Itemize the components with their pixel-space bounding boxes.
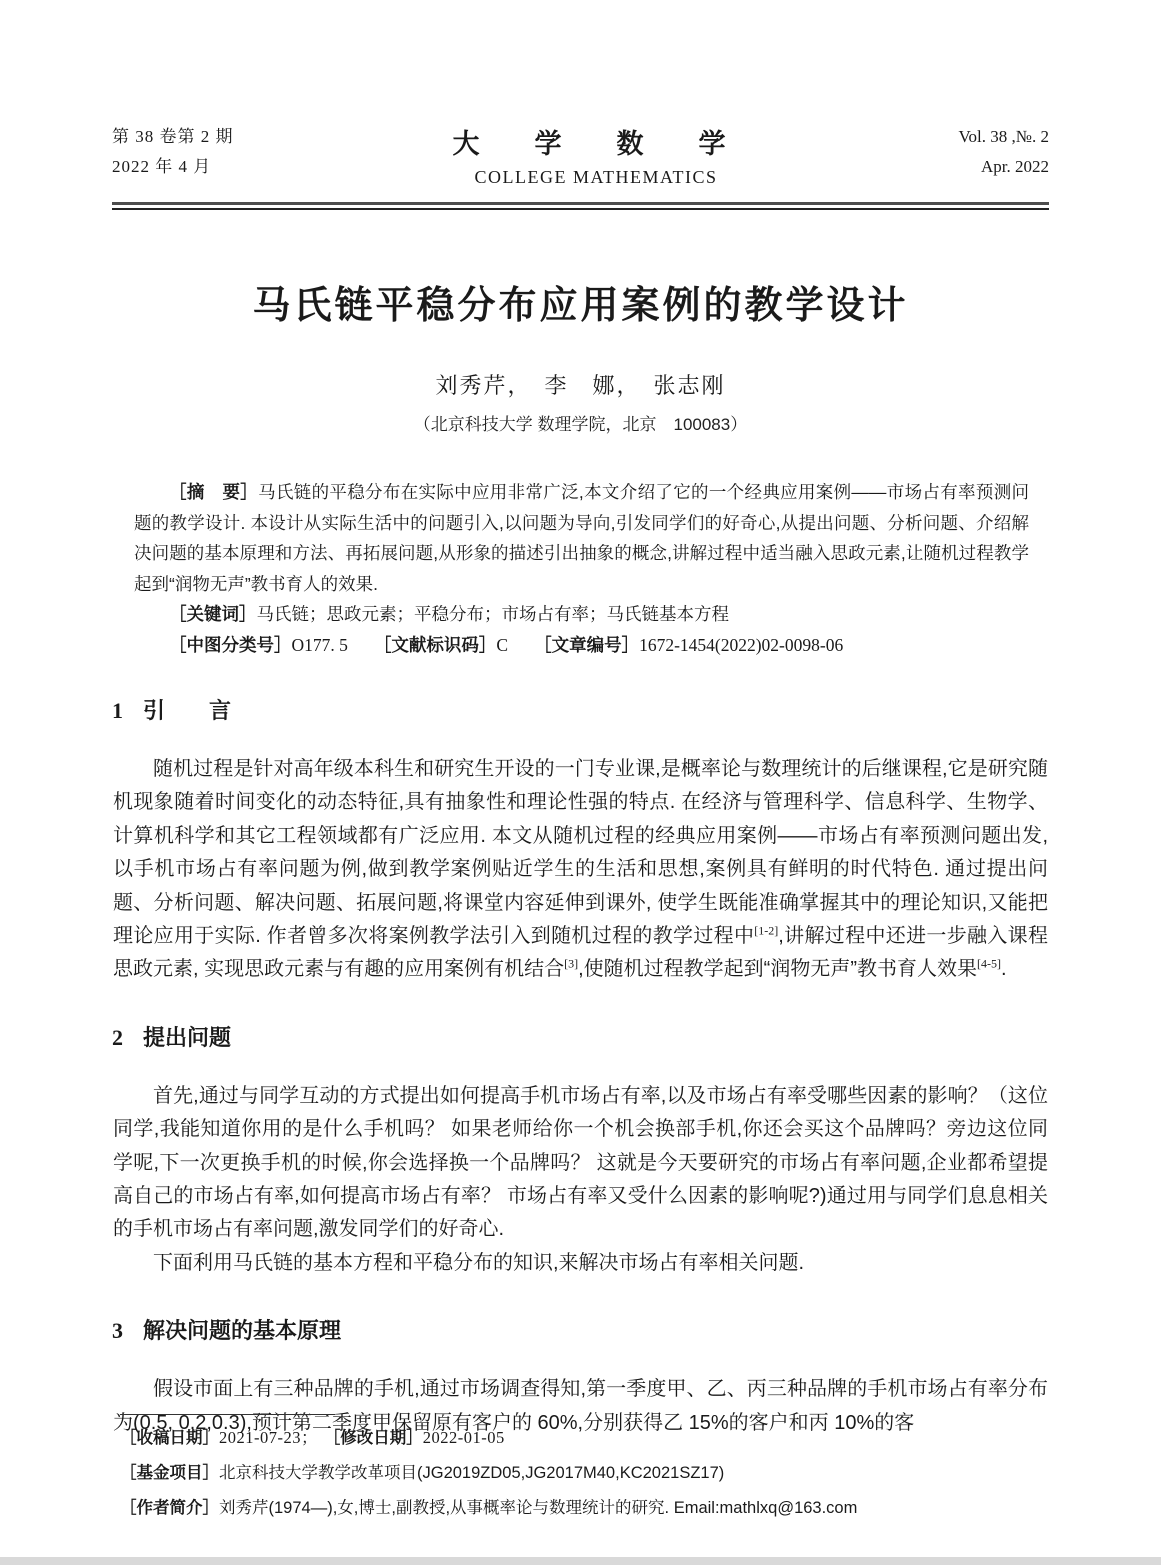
clc-label: ［中图分类号］ [169, 635, 292, 655]
footnote-dates: ［收稿日期］2021-07-23；［修改日期］2022-01-05 [120, 1425, 1049, 1451]
volume-number-en: Vol. 38 ,№. 2 [958, 122, 1049, 152]
scan-artifact-bar [0, 1557, 1161, 1565]
section-1-title: 引 言 [143, 698, 231, 723]
footnote-block: ［收稿日期］2021-07-23；［修改日期］2022-01-05 ［基金项目］… [120, 1414, 1049, 1521]
received-date-value: 2021-07-23； [219, 1428, 318, 1447]
abstract-label: ［摘 要］ [169, 482, 258, 502]
document-code-value: C [496, 635, 508, 655]
journal-title-block: 大 学 数 学 COLLEGE MATHEMATICS [234, 122, 959, 188]
revised-date-label: ［修改日期］ [332, 1429, 423, 1447]
article-id-value: 1672-1454(2022)02-0098-06 [639, 635, 843, 655]
clc-value: O177. 5 [292, 635, 348, 655]
s1-text-4: . [1001, 958, 1007, 980]
citation-ref-4-5: [4-5] [977, 957, 1001, 971]
section-2-paragraph-2: 下面利用马氏链的基本方程和平稳分布的知识,来解决市场占有率相关问题. [113, 1247, 1048, 1280]
s1-text-1: 随机过程是针对高年级本科生和研究生开设的一门专业课,是概率论与数理统计的后继课程… [113, 758, 1048, 947]
author-bio-value: 刘秀芹(1974—),女,博士,副教授,从事概率论与数理统计的研究. Email… [219, 1499, 857, 1517]
article-authors: 刘秀芹， 李 娜， 张志刚 [0, 369, 1161, 400]
funding-label: ［基金项目］ [120, 1464, 219, 1482]
footnote-rule [120, 1414, 335, 1415]
document-code-label: ［文献标识码］ [374, 635, 497, 655]
journal-title-en: COLLEGE MATHEMATICS [234, 167, 959, 188]
issue-date-cn: 2022 年 4 月 [112, 152, 234, 182]
section-1-heading: 1引 言 [112, 694, 1049, 725]
section-2-heading: 2提出问题 [112, 1021, 1049, 1052]
section-2-number: 2 [112, 1025, 123, 1050]
masthead-volume-block: Vol. 38 ,№. 2 Apr. 2022 [958, 122, 1049, 182]
header-double-rule [112, 202, 1049, 210]
issue-date-en: Apr. 2022 [958, 152, 1049, 182]
masthead-issue-block: 第 38 卷第 2 期 2022 年 4 月 [112, 122, 234, 182]
section-3-title: 解决问题的基本原理 [143, 1318, 341, 1343]
section-1-paragraph: 随机过程是针对高年级本科生和研究生开设的一门专业课,是概率论与数理统计的后继课程… [113, 753, 1048, 987]
funding-value: 北京科技大学教学改革项目(JG2019ZD05,JG2017M40,KC2021… [219, 1464, 724, 1482]
section-2-paragraph-1: 首先,通过与同学互动的方式提出如何提高手机市场占有率,以及市场占有率受哪些因素的… [113, 1080, 1048, 1247]
journal-masthead: 第 38 卷第 2 期 2022 年 4 月 大 学 数 学 COLLEGE M… [112, 122, 1049, 188]
section-3-heading: 3解决问题的基本原理 [112, 1314, 1049, 1345]
article-affiliation: （北京科技大学 数理学院，北京 100083） [0, 410, 1161, 435]
abstract-paragraph: ［摘 要］马氏链的平稳分布在实际中应用非常广泛,本文介绍了它的一个经典应用案例—… [134, 477, 1029, 599]
citation-ref-3: [3] [564, 957, 578, 971]
keywords-text: 马氏链；思政元素；平稳分布；市场占有率；马氏链基本方程 [257, 604, 730, 624]
abstract-block: ［摘 要］马氏链的平稳分布在实际中应用非常广泛,本文介绍了它的一个经典应用案例—… [134, 477, 1029, 660]
issue-number-cn: 第 38 卷第 2 期 [112, 122, 234, 152]
article-title: 马氏链平稳分布应用案例的教学设计 [0, 274, 1161, 329]
keywords-line: ［关键词］马氏链；思政元素；平稳分布；市场占有率；马氏链基本方程 [134, 599, 1029, 630]
section-3-number: 3 [112, 1318, 123, 1343]
s1-text-3: ,使随机过程教学起到“润物无声”教书育人效果 [578, 958, 977, 980]
keywords-label: ［关键词］ [169, 604, 257, 624]
article-id-label: ［文章编号］ [534, 635, 639, 655]
citation-ref-1-2: [1-2] [754, 923, 778, 937]
author-bio-label: ［作者简介］ [120, 1499, 219, 1517]
footnote-author-bio: ［作者简介］刘秀芹(1974—),女,博士,副教授,从事概率论与数理统计的研究.… [120, 1496, 1049, 1521]
abstract-text: 马氏链的平稳分布在实际中应用非常广泛,本文介绍了它的一个经典应用案例——市场占有… [134, 482, 1029, 594]
footnote-funding: ［基金项目］北京科技大学教学改革项目(JG2019ZD05,JG2017M40,… [120, 1461, 1049, 1486]
section-1-number: 1 [112, 698, 123, 723]
section-2-title: 提出问题 [143, 1025, 231, 1050]
classification-line: ［中图分类号］O177. 5［文献标识码］C［文章编号］1672-1454(20… [134, 630, 1029, 661]
journal-title-cn: 大 学 数 学 [234, 122, 959, 161]
received-date-label: ［收稿日期］ [120, 1429, 219, 1447]
revised-date-value: 2022-01-05 [423, 1428, 505, 1447]
journal-page: 第 38 卷第 2 期 2022 年 4 月 大 学 数 学 COLLEGE M… [0, 0, 1161, 1565]
